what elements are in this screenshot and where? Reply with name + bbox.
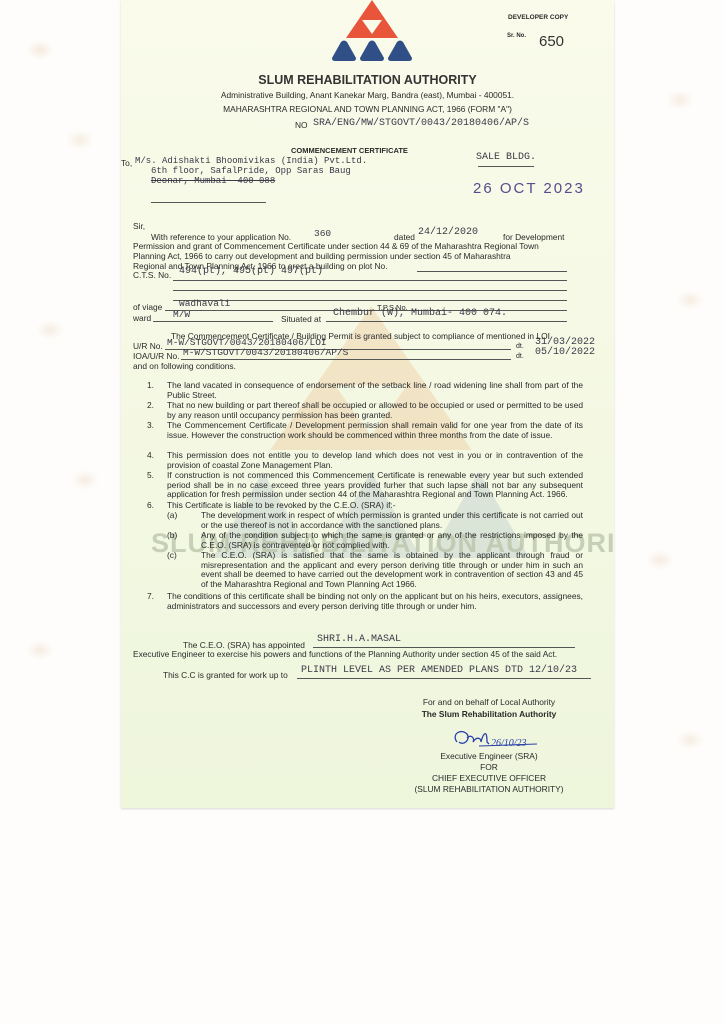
reference-number: SRA/ENG/MW/STGOVT/0043/20180406/AP/S <box>313 118 529 129</box>
village-label: of viage <box>133 302 162 312</box>
para-line3: Planning Act, 1966 to carry out developm… <box>133 251 583 261</box>
plot-no-line <box>417 271 567 272</box>
org-label: (SLUM REHABILITATION AUTHORITY) <box>389 784 589 794</box>
ur-label: U/R No. <box>133 341 163 351</box>
cts-label: C.T.S. No. <box>133 270 171 280</box>
sub-condition-item: (c)The C.E.O. (SRA) is satisfied that th… <box>167 551 583 589</box>
ioa-value: M-W/STGOVT/0043/20180406/AP/S <box>183 347 348 358</box>
sub-condition-item: (b)Any of the condition subject to which… <box>167 531 583 550</box>
cts-line <box>173 280 567 281</box>
situated-value: Chembur (W), Mumbai- 400 074. <box>333 308 507 319</box>
para-line2: Permission and grant of Commencement Cer… <box>133 241 583 251</box>
following-conditions: and on following conditions. <box>133 361 236 371</box>
work-value: PLINTH LEVEL AS PER AMENDED PLANS DTD 12… <box>301 665 577 676</box>
village-value: Wadhavali <box>179 298 230 309</box>
salutation: Sir, <box>133 221 145 231</box>
ur-dt-label: dt. <box>516 343 524 350</box>
condition-item: 1.The land vacated in consequence of end… <box>147 381 583 400</box>
certificate-title: COMMENCEMENT CERTIFICATE <box>291 146 408 155</box>
situated-line <box>326 321 567 322</box>
ward-line <box>153 321 273 322</box>
condition-item: 2.That no new building or part thereof s… <box>147 401 583 420</box>
ward-label: ward <box>133 313 151 323</box>
officer-name: SHRI.H.A.MASAL <box>317 634 401 645</box>
copy-label: DEVELOPER COPY <box>508 14 568 21</box>
act-line: MAHARASHTRA REGIONAL AND TOWN PLANNING A… <box>121 104 614 114</box>
condition-item: 5.If construction is not commenced this … <box>147 471 583 500</box>
sra-logo-icon <box>326 0 418 62</box>
cts-value: 494(pt), 495(pt) 497(pt) <box>179 266 323 277</box>
condition-item: 4.This permission does not entitle you t… <box>147 451 583 470</box>
application-number: 360 <box>314 228 331 239</box>
signature-date: 26/10/23 <box>491 738 527 749</box>
addressee-underline <box>151 202 266 203</box>
condition-item: 7.The conditions of this certificate sha… <box>147 592 583 611</box>
sub-condition-item: (a)The development work in respect of wh… <box>167 511 583 530</box>
condition-item: 3.The Commencement Certificate / Develop… <box>147 421 583 440</box>
blank-line <box>173 290 567 291</box>
serial-label: Sr. No. <box>507 33 526 39</box>
work-label: This C.C is granted for work up to <box>163 670 288 680</box>
on-behalf-text: For and on behalf of Local Authority <box>399 697 579 707</box>
addressee-line3: Deonar, Mumbai- 400 088 <box>151 176 275 186</box>
addressee-prefix: To, <box>121 158 132 168</box>
serial-number: 650 <box>539 33 564 50</box>
date-stamp: 26 OCT 2023 <box>473 180 585 197</box>
designation: Executive Engineer (SRA) <box>399 751 579 761</box>
addressee-line2: 6th floor, SafalPride, Opp Saras Baug <box>151 166 351 176</box>
ref-prefix: NO <box>295 120 308 130</box>
for-label: FOR <box>399 762 579 772</box>
authority-address: Administrative Building, Anant Kanekar M… <box>121 90 614 100</box>
ioa-date: 05/10/2022 <box>535 347 595 358</box>
appointment-line2: Executive Engineer to exercise his power… <box>133 650 577 660</box>
ward-value: M/W <box>173 309 190 320</box>
authority-name: SLUM REHABILITATION AUTHORITY <box>121 73 614 87</box>
building-type: SALE BLDG. <box>476 152 536 163</box>
officer-line <box>313 647 575 648</box>
ceo-label: CHIEF EXECUTIVE OFFICER <box>399 773 579 783</box>
ioa-dt-label: dt. <box>516 353 524 360</box>
application-date: 24/12/2020 <box>418 227 478 238</box>
authority-signatory: The Slum Rehabilitation Authority <box>399 709 579 719</box>
situated-label: Situated at <box>281 314 321 324</box>
blank-line <box>173 300 567 301</box>
building-type-underline <box>478 166 534 167</box>
ioa-line <box>181 359 511 360</box>
ioa-label: IOA/U/R No. <box>133 351 180 361</box>
addressee-line1: M/s. Adishakti Bhoomivikas (India) Pvt.L… <box>135 156 367 166</box>
work-line <box>297 678 591 679</box>
certificate-page: SLUM REHABILITATION AUTHORITY DEVELOPER … <box>121 0 614 808</box>
